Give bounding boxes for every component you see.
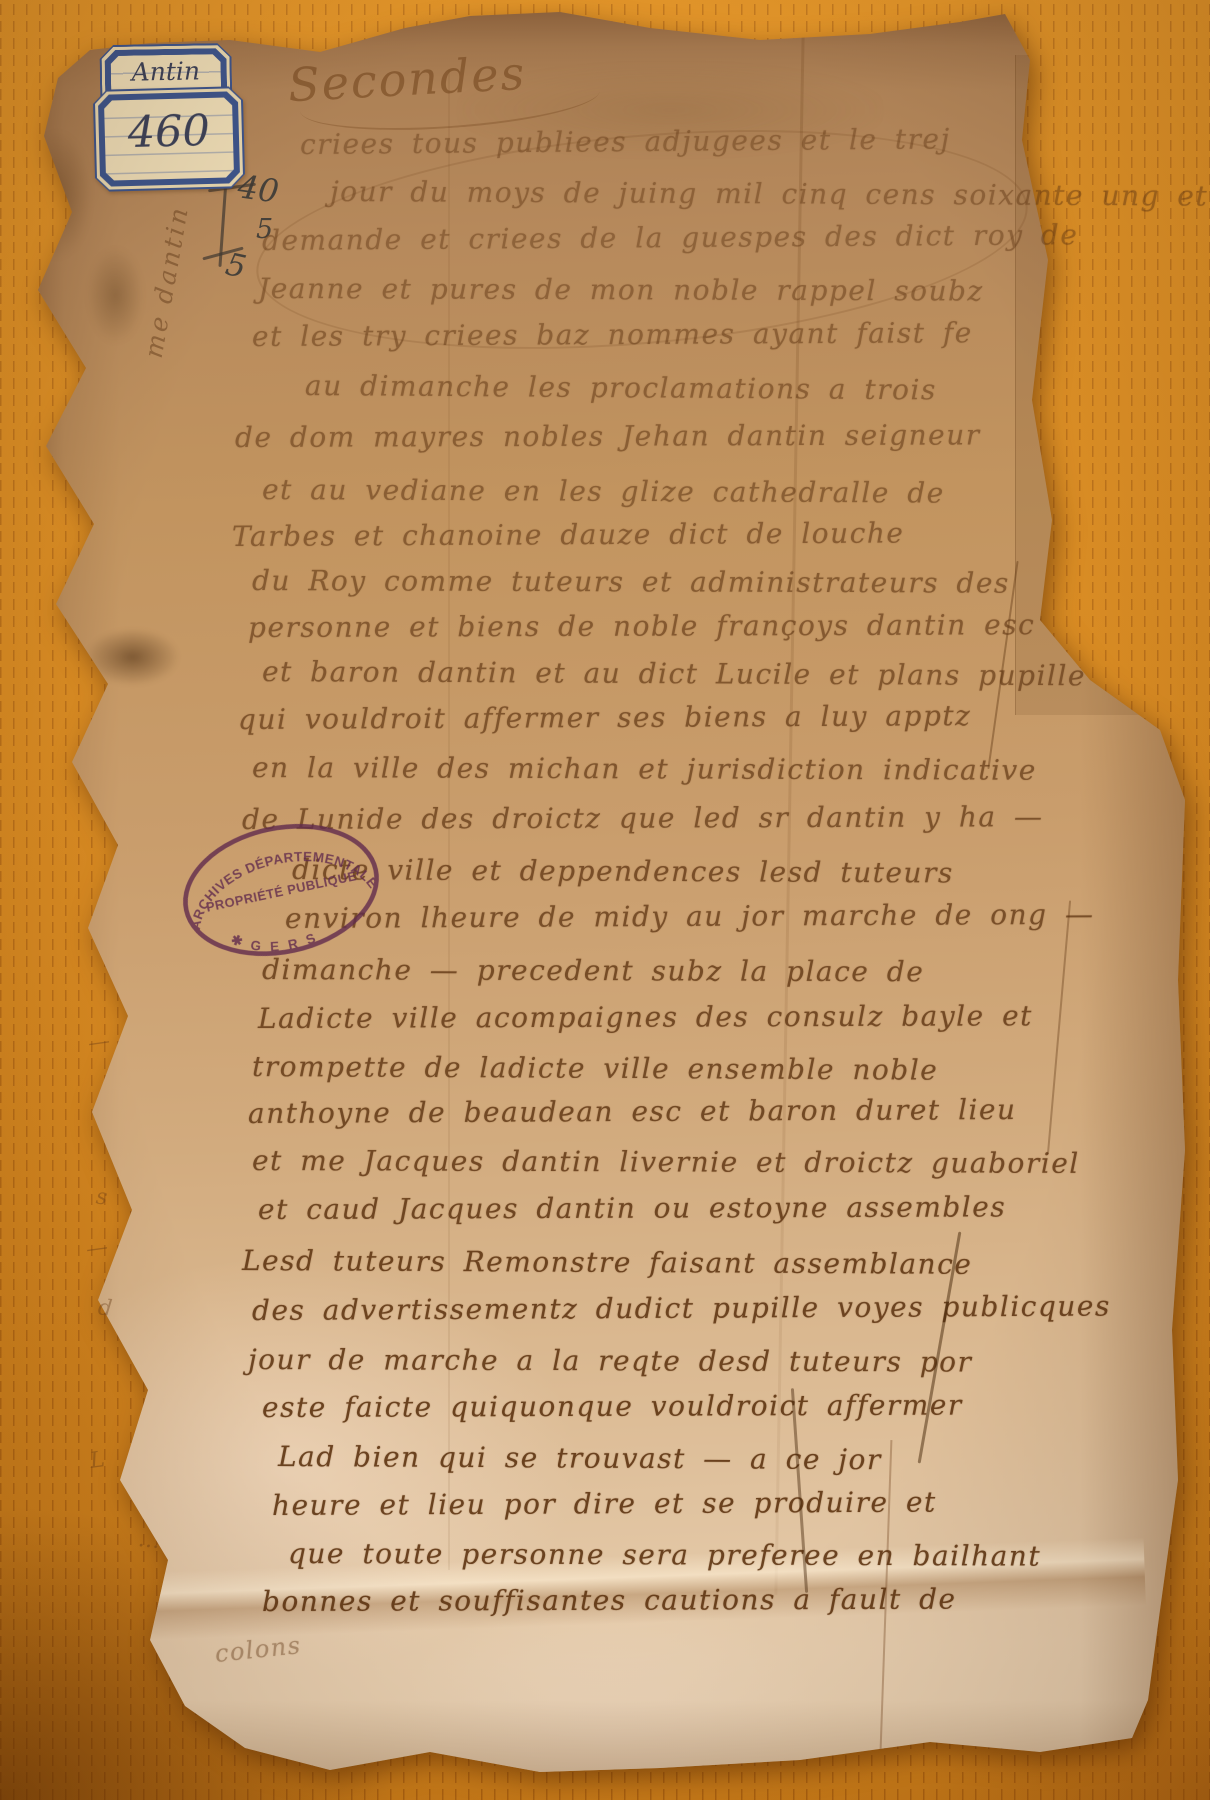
underlying-sheet-band (1015, 55, 1181, 715)
archive-label-number-text: 460 (104, 105, 233, 158)
manuscript-line: et caud Jacques dantin ou estoyne assemb… (258, 1190, 1006, 1226)
archive-label-number: 460 (93, 86, 246, 192)
manuscript-line: Ladicte ville acompaignes des consulz ba… (258, 999, 1033, 1035)
manuscript-line: criees tous publiees adjugees et le trej (300, 122, 951, 161)
manuscript-line: qui vouldroit affermer ses biens a luy a… (238, 699, 972, 736)
margin-mark: — (86, 1029, 111, 1057)
manuscript-line: que toute personne sera preferee en bail… (288, 1537, 1041, 1573)
margin-mark: L (88, 1447, 106, 1474)
manuscript-line: bonnes et souffisantes cautions a fault … (262, 1583, 957, 1618)
manuscript-line: du Roy comme tuteurs et administrateurs … (252, 564, 1010, 600)
manuscript-line: personne et biens de noble françoys dant… (248, 608, 1035, 644)
manuscript-line: heure et lieu por dire et se produire et (272, 1486, 937, 1522)
manuscript-line: et me Jacques dantin livernie et droictz… (252, 1144, 1080, 1180)
manuscript-line: demande et criees de la guespes des dict… (262, 218, 1079, 257)
margin-mark: d (97, 1295, 114, 1321)
paper-edge-shade-right (1080, 10, 1190, 1785)
manuscript-line: Lad bien qui se trouvast — a ce jor (278, 1440, 882, 1476)
ink-blotch-left (85, 628, 180, 686)
archive-label-name-text: Antin (111, 56, 221, 87)
manuscript-photo: Secondes 40 5 5 me dantin criees tous pu… (0, 0, 1210, 1800)
margin-mark: … (137, 1527, 161, 1554)
manuscript-line: Jeanne et pures de mon noble rappel soub… (258, 272, 984, 308)
manuscript-line: des advertissementz dudict pupille voyes… (252, 1290, 1111, 1327)
manuscript-line: environ lheure de midy au jor marche de … (285, 898, 1095, 935)
manuscript-line: au dimanche les proclamations a trois (305, 369, 937, 406)
paper-edge-shade-left (30, 10, 120, 1785)
manuscript-line: et les try criees baz nommes ayant faist… (252, 316, 973, 353)
manuscript-line: et baron dantin et au dict Lucile et pla… (262, 655, 1086, 692)
manuscript-line: et au vediane en les glize cathedralle d… (262, 473, 945, 510)
manuscript-line: jour du moys de juing mil cinq cens soix… (330, 175, 1208, 213)
manuscript-line: dimanche — precedent subz la place de (262, 953, 924, 988)
paper-edge-shade-bottom (30, 1700, 1190, 1785)
manuscript-line: Lesd tuteurs Remonstre faisant assemblan… (242, 1244, 973, 1281)
manuscript-line: este faicte quiquonque vouldroict afferm… (262, 1389, 963, 1424)
stain-left-upper (88, 248, 143, 343)
manuscript-line: dicte ville et deppendences lesd tuteurs (292, 853, 954, 889)
manuscript-line: Tarbes et chanoine dauze dict de louche (232, 516, 905, 553)
stain-left-edge (22, 130, 92, 260)
margin-mark: — (84, 1235, 109, 1263)
manuscript-line: trompette de ladicte ville ensemble nobl… (252, 1050, 938, 1087)
manuscript-line: en la ville des michan et jurisdiction i… (252, 751, 1037, 787)
manuscript-line: anthoyne de beaudean esc et baron duret … (248, 1093, 1017, 1130)
manuscript-line: jour de marche a la reqte desd tuteurs p… (248, 1343, 973, 1379)
manuscript-line: de dom mayres nobles Jehan dantin seigne… (235, 418, 981, 454)
